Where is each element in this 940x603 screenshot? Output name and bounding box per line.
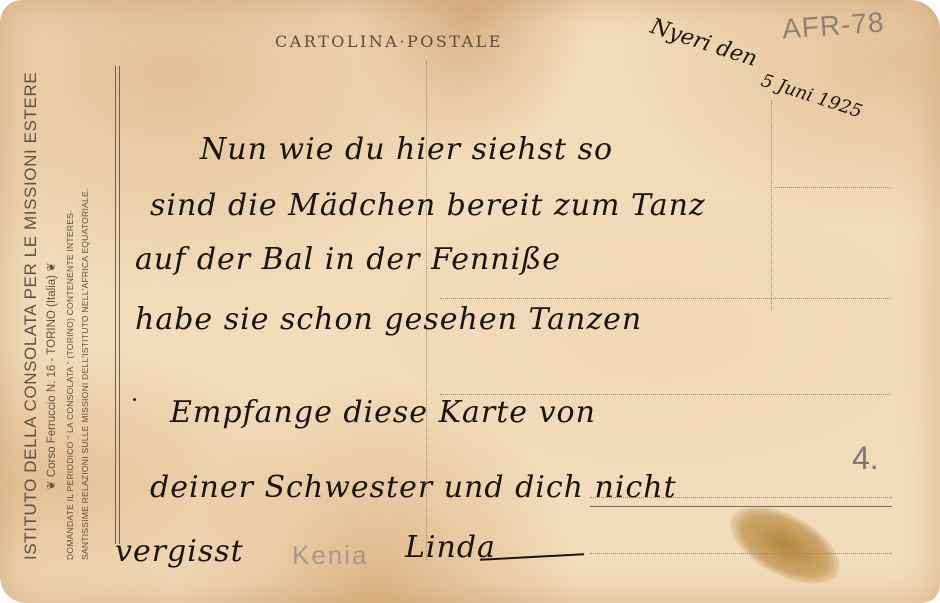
- postcard-header-title: CARTOLINA·POSTALE: [275, 32, 503, 51]
- message-line: sind die Mädchen bereit zum Tanz: [150, 188, 706, 223]
- border-rule: [115, 66, 116, 544]
- address-line-solid: [590, 506, 892, 507]
- border-rule: [119, 66, 120, 544]
- divider-dotted: [771, 100, 772, 310]
- imprint-missions: SANTISSIME RELAZIONI SULLE MISSIONI DELL…: [78, 60, 92, 560]
- message-line: vergisst: [115, 534, 244, 569]
- ink-dot: [133, 398, 136, 401]
- imprint-periodical: DOMANDATE IL PERIODICO " LA CONSOLATA " …: [62, 60, 78, 560]
- dateline-date: 5 Juni 1925: [759, 70, 865, 122]
- postcard: CARTOLINA·POSTALE AFR-78 ISTITUTO DELLA …: [0, 0, 940, 603]
- address-line: [590, 553, 892, 554]
- dateline-place: Nyeri den: [647, 14, 760, 72]
- address-line: [440, 298, 890, 299]
- address-line: [775, 187, 890, 188]
- message-line: Empfange diese Karte von: [170, 395, 596, 430]
- message-line: habe sie schon gesehen Tanzen: [135, 302, 642, 337]
- publisher-imprint: ISTITUTO DELLA CONSOLATA PER LE MISSIONI…: [20, 60, 120, 560]
- pencil-note-location: Kenia: [292, 540, 369, 571]
- imprint-address: ❦ Corso Ferruccio N. 16 - TORINO (Italia…: [42, 60, 62, 560]
- imprint-institute: ISTITUTO DELLA CONSOLATA PER LE MISSIONI…: [20, 60, 42, 560]
- message-line: deiner Schwester und dich nicht: [150, 470, 677, 505]
- message-line: Nun wie du hier siehst so: [200, 132, 613, 167]
- message-line: auf der Bal in der Fenniße: [135, 242, 561, 277]
- archive-reference: AFR-78: [781, 6, 885, 45]
- pencil-note-number: 4.: [852, 440, 879, 477]
